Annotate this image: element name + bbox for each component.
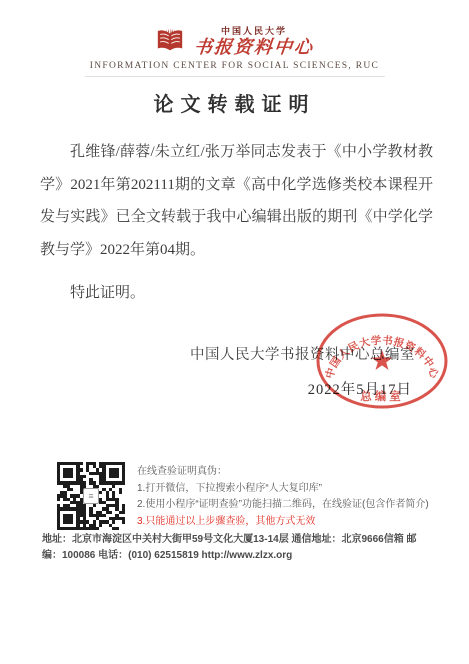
certificate-page: 中国人民大学 书报资料中心 INFORMATION CENTER FOR SOC… <box>0 0 469 664</box>
header-divider <box>85 76 385 77</box>
verify-step-2: 2.使用小程序“证明查验”功能扫描二维码，在线验证(包含作者简介) <box>137 497 429 514</box>
verify-heading: 在线查验证明真伪： <box>137 464 429 481</box>
org-name-en: INFORMATION CENTER FOR SOCIAL SCIENCES, … <box>0 61 469 71</box>
verification-section: ≡ 在线查验证明真伪： 1.打开微信，下拉搜索小程序“人大复印库” 2.使用小程… <box>57 462 429 530</box>
footer-contact: 地址：北京市海淀区中关村大街甲59号文化大厦13-14层 通信地址：北京9666… <box>42 532 436 564</box>
page-title: 论文转载证明 <box>0 88 469 117</box>
certificate-paragraph: 孔维锋/薛蓉/朱立红/张万举同志发表于《中小学教材教学》2021年第202111… <box>40 136 433 266</box>
verify-step-1: 1.打开微信，下拉搜索小程序“人大复印库” <box>137 481 429 498</box>
header: 中国人民大学 书报资料中心 INFORMATION CENTER FOR SOC… <box>0 24 469 77</box>
verify-step-3: 3.只能通过以上步骤查验，其他方式无效 <box>137 514 429 531</box>
org-name-cn: 中国人民大学 <box>194 24 314 37</box>
closing-statement: 特此证明。 <box>40 281 145 302</box>
signature-org: 中国人民大学书报资料中心总编室 <box>190 343 415 364</box>
qr-center-logo: ≡ <box>83 488 99 504</box>
certificate-body: 孔维锋/薛蓉/朱立红/张万举同志发表于《中小学教材教学》2021年第202111… <box>40 136 433 266</box>
signature-date: 2022年5月17日 <box>308 378 412 399</box>
open-book-icon <box>155 26 185 56</box>
org-script-name: 书报资料中心 <box>193 37 315 57</box>
qr-code: ≡ <box>57 462 125 530</box>
